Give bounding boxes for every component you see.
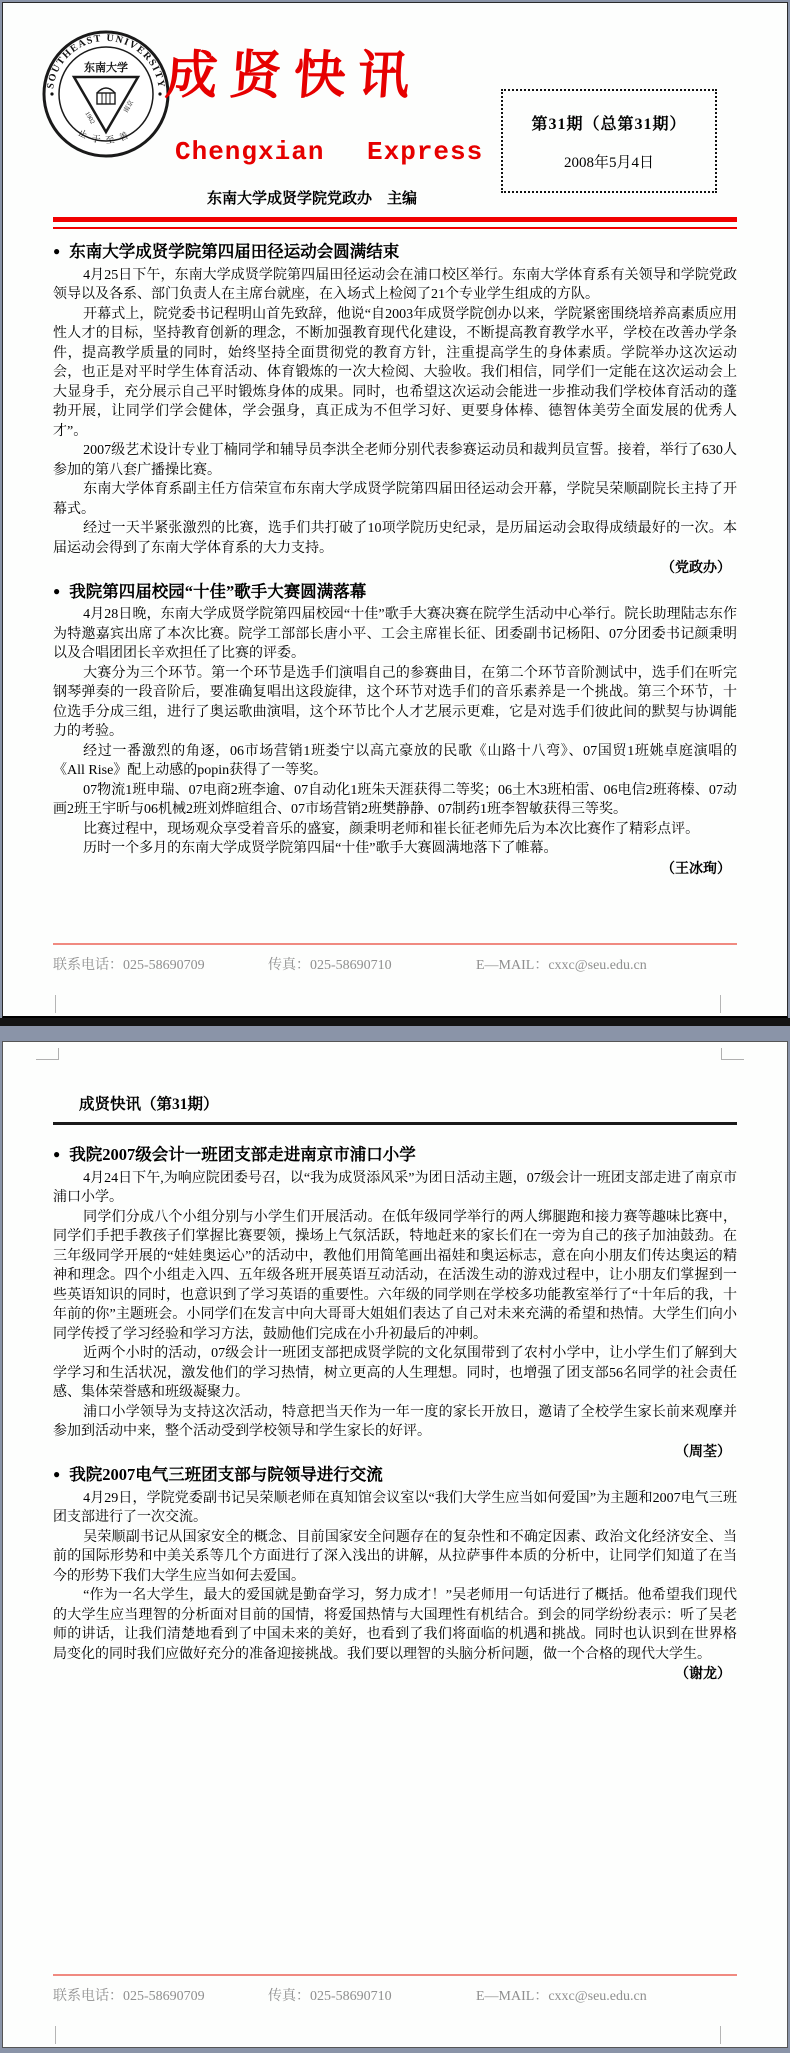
- page2-footer: 联系电话：025-58690709 传真：025-58690710 E—MAIL…: [53, 1974, 737, 2005]
- footer-phone: 联系电话：025-58690709: [53, 1985, 268, 2005]
- newsletter-title-cn: 成贤快讯: [163, 33, 424, 108]
- seal-right-dot: [158, 92, 161, 95]
- bullet-icon: ●: [53, 242, 60, 262]
- page1-footer: 联系电话：025-58690709 传真：025-58690710 E—MAIL…: [53, 943, 737, 974]
- page2-header-rule: [53, 1122, 737, 1125]
- footer-phone: 联系电话：025-58690709: [53, 954, 268, 974]
- margin-mark-bottom-left: [55, 2026, 56, 2044]
- page-1: SOUTHEAST UNIVERSITY 止于至善 东南大学 1902 南京: [2, 2, 788, 1018]
- issue-box: 第31期（总第31期） 2008年5月4日: [501, 89, 717, 193]
- footer-fax: 传真：025-58690710: [268, 1985, 476, 2005]
- seal-left-dot: [50, 92, 53, 95]
- newsletter-print-preview: SOUTHEAST UNIVERSITY 止于至善 东南大学 1902 南京: [0, 0, 790, 2053]
- article-paragraph: 大赛分为三个环节。第一个环节是选手们演唱自己的参赛曲目，在第二个环节音阶测试中，…: [53, 664, 737, 742]
- margin-mark-bottom-left: [55, 995, 56, 1013]
- article-paragraph: 吴荣顺副书记从国家安全的概念、目前国家安全问题存在的复杂性和不确定因素、政治文化…: [53, 1528, 737, 1587]
- article-paragraph: 经过一天半紧张激烈的比赛，选手们共打破了10项学院历史纪录，是历届运动会取得成绩…: [53, 519, 737, 558]
- page1-content: ● 东南大学成贤学院第四届田径运动会圆满结束 4月25日下午，东南大学成贤学院第…: [3, 242, 787, 879]
- article-sports-meeting: ● 东南大学成贤学院第四届田径运动会圆满结束 4月25日下午，东南大学成贤学院第…: [53, 242, 737, 579]
- article-signature: （党政办）: [53, 559, 731, 579]
- article-signature: （王冰珣）: [53, 860, 731, 880]
- publisher-line: 东南大学成贤学院党政办 主编: [207, 187, 417, 208]
- article-paragraph: 东南大学体育系副主任方信荣宣布东南大学成贤学院第四届田径运动会开幕，学院吴荣顺副…: [53, 480, 737, 519]
- article-headline: ● 我院2007电气三班团支部与院领导进行交流: [53, 1465, 737, 1485]
- bullet-icon: ●: [53, 1465, 60, 1485]
- article-headline-text: 我院2007电气三班团支部与院领导进行交流: [69, 1465, 383, 1485]
- article-paragraph: 近两个小时的活动，07级会计一班团支部把成贤学院的文化氛围带到了农村小学中，让小…: [53, 1344, 737, 1403]
- bullet-icon: ●: [53, 1145, 60, 1165]
- university-seal-logo: SOUTHEAST UNIVERSITY 止于至善 东南大学 1902 南京: [41, 29, 171, 159]
- margin-mark-top-right: [721, 1048, 744, 1060]
- article-paragraph: 4月29日，学院党委副书记吴荣顺老师在真知馆会议室以“我们大学生应当如何爱国”为…: [53, 1489, 737, 1528]
- masthead-rule-thick: [53, 217, 737, 222]
- margin-mark-bottom-right: [720, 2026, 721, 2044]
- masthead: SOUTHEAST UNIVERSITY 止于至善 东南大学 1902 南京: [3, 3, 787, 211]
- seal-university-name: 东南大学: [84, 60, 128, 74]
- page-separator: [0, 1018, 790, 1026]
- running-header-title: 成贤快讯（第31期）: [53, 1092, 737, 1114]
- article-headline: ● 我院2007级会计一班团支部走进南京市浦口小学: [53, 1145, 737, 1165]
- article-signature: （周荃）: [53, 1443, 731, 1463]
- bullet-icon: ●: [53, 582, 60, 602]
- article-paragraph: 历时一个多月的东南大学成贤学院第四届“十佳”歌手大赛圆满地落下了帷幕。: [53, 839, 737, 859]
- article-paragraph: 4月28日晚，东南大学成贤学院第四届校园“十佳”歌手大赛决赛在院学生活动中心举行…: [53, 605, 737, 664]
- article-primary-school-visit: ● 我院2007级会计一班团支部走进南京市浦口小学 4月24日下午,为响应院团委…: [53, 1145, 737, 1462]
- article-singer-contest: ● 我院第四届校园“十佳”歌手大赛圆满落幕 4月28日晚，东南大学成贤学院第四届…: [53, 582, 737, 880]
- article-signature: （谢龙）: [53, 1665, 731, 1685]
- issue-number: 第31期（总第31期）: [531, 111, 686, 134]
- article-headline-text: 我院2007级会计一班团支部走进南京市浦口小学: [69, 1145, 416, 1165]
- article-headline-text: 我院第四届校园“十佳”歌手大赛圆满落幕: [69, 582, 366, 602]
- article-paragraph: 同学们分成八个小组分别与小学生们开展活动。在低年级同学举行的两人绑腿跑和接力赛等…: [53, 1208, 737, 1345]
- article-paragraph: 开幕式上，院党委书记程明山首先致辞，他说“自2003年成贤学院创办以来，学院紧密…: [53, 305, 737, 442]
- masthead-rule-thin: [53, 227, 737, 229]
- footer-fax: 传真：025-58690710: [268, 954, 476, 974]
- footer-email: E—MAIL：cxxc@seu.edu.cn: [476, 1985, 737, 2005]
- article-headline-text: 东南大学成贤学院第四届田径运动会圆满结束: [69, 242, 399, 262]
- margin-mark-bottom-right: [720, 995, 721, 1013]
- article-paragraph: 比赛过程中，现场观众享受着音乐的盛宴，颜秉明老师和崔长征老师先后为本次比赛作了精…: [53, 820, 737, 840]
- page2-content: ● 我院2007级会计一班团支部走进南京市浦口小学 4月24日下午,为响应院团委…: [3, 1145, 787, 1685]
- article-league-branch-exchange: ● 我院2007电气三班团支部与院领导进行交流 4月29日，学院党委副书记吴荣顺…: [53, 1465, 737, 1685]
- page2-running-header: 成贤快讯（第31期）: [3, 1042, 787, 1114]
- page-2: 成贤快讯（第31期） ● 我院2007级会计一班团支部走进南京市浦口小学 4月2…: [2, 1041, 788, 2048]
- newsletter-title-en: Chengxian Express: [175, 137, 483, 167]
- article-headline: ● 东南大学成贤学院第四届田径运动会圆满结束: [53, 242, 737, 262]
- article-paragraph: 经过一番激烈的角逐，06市场营销1班娄宁以高亢豪放的民歌《山路十八弯》、07国贸…: [53, 742, 737, 781]
- issue-date: 2008年5月4日: [564, 151, 654, 172]
- article-paragraph: 4月24日下午,为响应院团委号召，以“我为成贤添风采”为团日活动主题，07级会计…: [53, 1169, 737, 1208]
- article-paragraph: 4月25日下午，东南大学成贤学院第四届田径运动会在浦口校区举行。东南大学体育系有…: [53, 266, 737, 305]
- article-headline: ● 我院第四届校园“十佳”歌手大赛圆满落幕: [53, 582, 737, 602]
- margin-mark-top-left: [36, 1048, 59, 1060]
- article-paragraph: “作为一名大学生，最大的爱国就是勤奋学习，努力成才！”吴老师用一句话进行了概括。…: [53, 1586, 737, 1664]
- article-paragraph: 2007级艺术设计专业丁楠同学和辅导员李洪全老师分别代表参赛运动员和裁判员宣誓。…: [53, 441, 737, 480]
- article-paragraph: 浦口小学领导为支持这次活动，特意把当天作为一年一度的家长开放日，邀请了全校学生家…: [53, 1403, 737, 1442]
- footer-email: E—MAIL：cxxc@seu.edu.cn: [476, 954, 737, 974]
- article-paragraph: 07物流1班申瑞、07电商2班李逾、07自动化1班朱天涯获得二等奖；06土木3班…: [53, 781, 737, 820]
